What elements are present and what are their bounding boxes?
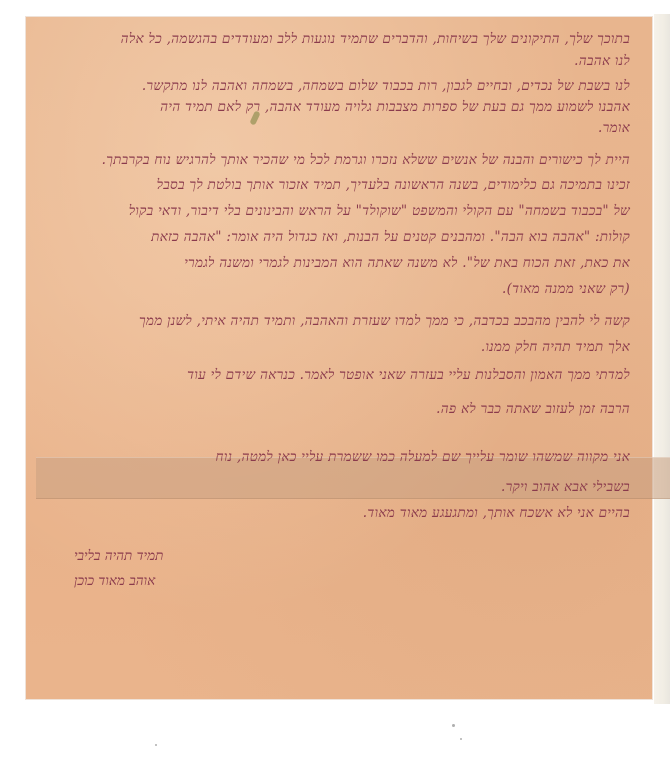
letter-line: (רק שאני ממנה מאוד). — [502, 281, 630, 297]
letter-line: זכינו בתמיכה גם כלימודים, בשנה הראשונה ב… — [157, 177, 630, 193]
letter-line: קולות: "אהבה בוא הבה". ומהבנים קטנים על … — [151, 229, 630, 245]
letter-line: של "בכבוד בשמחה" עם הקולי והמשפט "שוקולד… — [129, 203, 630, 219]
letter-body: בתוכך שלך, התיקונים שלך בשיחות, והדברים … — [26, 17, 652, 699]
dust-speck — [155, 744, 157, 746]
letter-line: בשבילי אבא אהוב ויקר. — [501, 479, 630, 495]
letter-line: לנו אהבה. — [574, 53, 630, 69]
letter-line: אלך תמיד תהיה חלק ממנו. — [481, 339, 630, 355]
letter-line: אומר. — [598, 120, 630, 136]
letter-line: אהבנו לשמוע ממך גם בעת של ספרות מצבבות ג… — [160, 99, 630, 115]
dust-speck — [452, 724, 455, 727]
dust-speck — [460, 738, 462, 740]
scanner-edge — [654, 14, 670, 704]
letter-line: למדתי ממך האמון והסבלנות עליי בעזרה שאני… — [187, 367, 630, 383]
signature-name: אוהב מאוד כוכן — [74, 573, 155, 589]
letter-line: את כאת, זאת הכוח באת של". לא משנה שאתה ה… — [184, 255, 630, 271]
letter-line: היית לך כישורים והבנה של אנשים ששלא נזכר… — [102, 152, 630, 168]
letter-line: בתוכך שלך, התיקונים שלך בשיחות, והדברים … — [121, 31, 630, 47]
letter-line: קשה לי להבין מהבכב בכדבה, כי ממך למדו שע… — [139, 313, 630, 329]
letter-line: הרבה זמן לעזוב שאתה כבר לא פה. — [436, 401, 630, 417]
signature-closing: תמיד תהיה בליבי — [74, 548, 163, 564]
letter-line: אני מקווה שמשהו שומר עלייך שם למעלה כמו … — [216, 449, 630, 465]
letter-line: בהיים אני לא אשכח אותך, ומתגעגע מאוד מאו… — [363, 505, 630, 521]
letter-line: לנו בשבת של נכדים, ובחיים לגבון, רות בכב… — [142, 78, 630, 94]
